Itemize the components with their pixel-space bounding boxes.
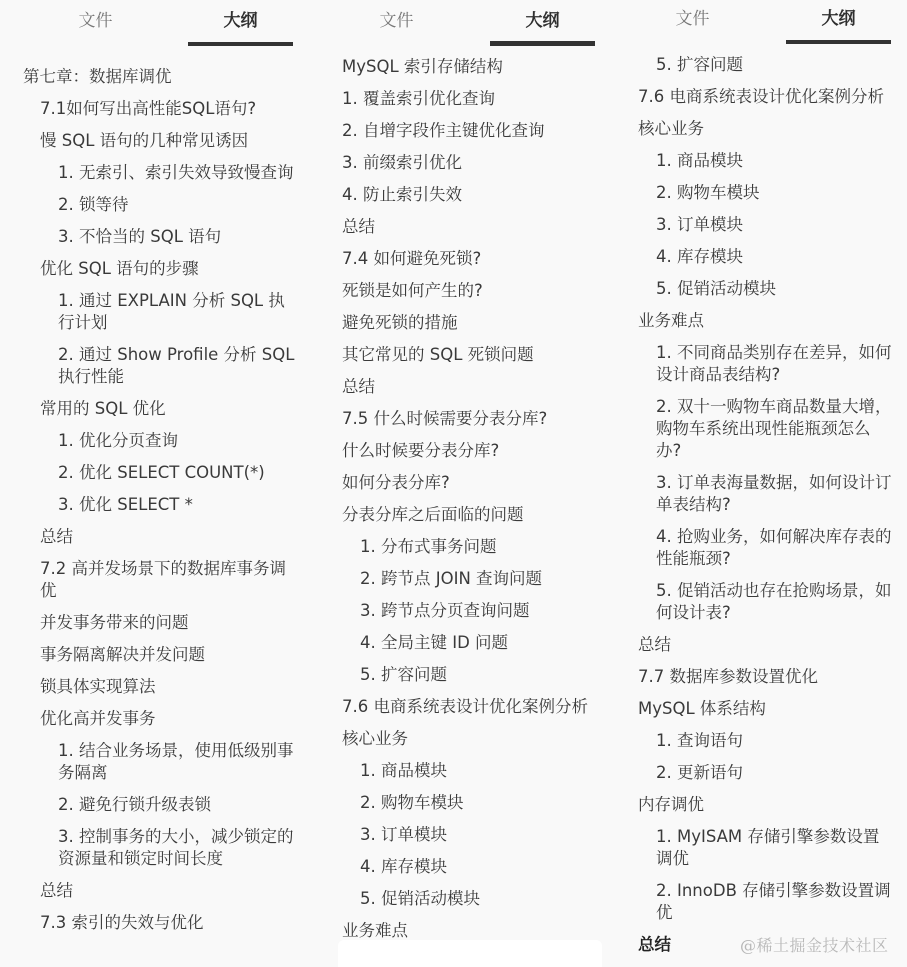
outline-item[interactable]: 2. 锁等待	[0, 194, 318, 216]
outline-item[interactable]: 5. 促销活动模块	[318, 888, 614, 910]
outline-item[interactable]: 1. 覆盖索引优化查询	[318, 88, 614, 110]
outline-item[interactable]: 死锁是如何产生的?	[318, 280, 614, 302]
outline-item[interactable]: 1. 结合业务场景，使用低级别事务隔离	[0, 740, 318, 784]
outline-item[interactable]: 7.2 高并发场景下的数据库事务调优	[0, 558, 318, 602]
tab-outline[interactable]: 大纲	[490, 9, 595, 33]
outline-list: 第七章：数据库调优7.1如何写出高性能SQL语句?慢 SQL 语句的几种常见诱因…	[0, 66, 318, 944]
outline-item[interactable]: 7.6 电商系统表设计优化案例分析	[318, 696, 614, 718]
outline-item[interactable]: 2. 更新语句	[614, 762, 907, 784]
outline-item[interactable]: 1. 商品模块	[614, 150, 907, 172]
outline-item[interactable]: 2. 购物车模块	[614, 182, 907, 204]
outline-item[interactable]: 7.3 索引的失效与优化	[0, 912, 318, 934]
outline-item[interactable]: 1. 无索引、索引失效导致慢查询	[0, 162, 318, 184]
outline-item[interactable]: 2. InnoDB 存储引擎参数设置调优	[614, 880, 907, 924]
tab-file[interactable]: 文件	[640, 7, 745, 31]
outline-item[interactable]: 总结	[0, 880, 318, 902]
outline-item[interactable]: 7.5 什么时候需要分表分库?	[318, 408, 614, 430]
outline-item[interactable]: 什么时候要分表分库?	[318, 440, 614, 462]
outline-item[interactable]: 2. 跨节点 JOIN 查询问题	[318, 568, 614, 590]
outline-panel-2: 文件 大纲 MySQL 索引存储结构1. 覆盖索引优化查询2. 自增字段作主键优…	[318, 0, 614, 967]
outline-item[interactable]: 总结	[318, 216, 614, 238]
outline-item[interactable]: 3. 订单模块	[614, 214, 907, 236]
outline-item[interactable]: 其它常见的 SQL 死锁问题	[318, 344, 614, 366]
outline-panel-3: 文件 大纲 5. 扩容问题7.6 电商系统表设计优化案例分析核心业务1. 商品模…	[614, 0, 907, 967]
active-tab-indicator	[490, 41, 595, 46]
outline-item[interactable]: 总结	[614, 634, 907, 656]
tab-file[interactable]: 文件	[43, 9, 148, 33]
outline-item[interactable]: 慢 SQL 语句的几种常见诱因	[0, 130, 318, 152]
outline-item[interactable]: 常用的 SQL 优化	[0, 398, 318, 420]
outline-item[interactable]: 3. 订单表海量数据，如何设计订单表结构?	[614, 472, 907, 516]
outline-item[interactable]: 4. 库存模块	[318, 856, 614, 878]
outline-item[interactable]: 如何分表分库?	[318, 472, 614, 494]
outline-item[interactable]: 锁具体实现算法	[0, 676, 318, 698]
outline-item[interactable]: 4. 全局主键 ID 问题	[318, 632, 614, 654]
outline-item[interactable]: 1. 优化分页查询	[0, 430, 318, 452]
outline-item[interactable]: 2. 购物车模块	[318, 792, 614, 814]
outline-item[interactable]: 总结	[318, 376, 614, 398]
outline-item[interactable]: 3. 优化 SELECT *	[0, 494, 318, 516]
outline-item[interactable]: 避免死锁的措施	[318, 312, 614, 334]
bottom-card	[338, 940, 602, 967]
outline-item[interactable]: 业务难点	[614, 310, 907, 332]
outline-item[interactable]: 1. 商品模块	[318, 760, 614, 782]
active-tab-indicator	[786, 40, 891, 44]
outline-item[interactable]: 总结	[0, 526, 318, 548]
outline-item[interactable]: 分表分库之后面临的问题	[318, 504, 614, 526]
outline-item[interactable]: 核心业务	[614, 118, 907, 140]
outline-item[interactable]: 优化高并发事务	[0, 708, 318, 730]
outline-item[interactable]: 3. 前缀索引优化	[318, 152, 614, 174]
outline-item[interactable]: 5. 扩容问题	[318, 664, 614, 686]
outline-item[interactable]: 2. 避免行锁升级表锁	[0, 794, 318, 816]
outline-item[interactable]: 1. 分布式事务问题	[318, 536, 614, 558]
outline-panel-1: 文件 大纲 第七章：数据库调优7.1如何写出高性能SQL语句?慢 SQL 语句的…	[0, 0, 318, 967]
outline-item[interactable]: 事务隔离解决并发问题	[0, 644, 318, 666]
outline-item[interactable]: 4. 抢购业务，如何解决库存表的性能瓶颈?	[614, 526, 907, 570]
outline-item[interactable]: 内存调优	[614, 794, 907, 816]
outline-item[interactable]: 3. 订单模块	[318, 824, 614, 846]
outline-item[interactable]: 7.7 数据库参数设置优化	[614, 666, 907, 688]
outline-item[interactable]: 3. 跨节点分页查询问题	[318, 600, 614, 622]
outline-item[interactable]: 5. 促销活动也存在抢购场景，如何设计表?	[614, 580, 907, 624]
outline-item[interactable]: 1. 不同商品类别存在差异，如何设计商品表结构?	[614, 342, 907, 386]
watermark: @稀土掘金技术社区	[740, 935, 889, 957]
tab-outline[interactable]: 大纲	[786, 7, 891, 31]
outline-item[interactable]: 3. 不恰当的 SQL 语句	[0, 226, 318, 248]
outline-item[interactable]: 2. 通过 Show Profile 分析 SQL 执行性能	[0, 344, 318, 388]
outline-item[interactable]: 并发事务带来的问题	[0, 612, 318, 634]
outline-item[interactable]: 3. 控制事务的大小，减少锁定的资源量和锁定时间长度	[0, 826, 318, 870]
outline-item[interactable]: 2. 双十一购物车商品数量大增，购物车系统出现性能瓶颈怎么办?	[614, 396, 907, 462]
tab-outline[interactable]: 大纲	[188, 9, 293, 33]
outline-item[interactable]: 7.1如何写出高性能SQL语句?	[0, 98, 318, 120]
outline-item[interactable]: 2. 自增字段作主键优化查询	[318, 120, 614, 142]
outline-item[interactable]: 优化 SQL 语句的步骤	[0, 258, 318, 280]
active-tab-indicator	[188, 42, 293, 46]
outline-item[interactable]: 4. 防止索引失效	[318, 184, 614, 206]
tab-file[interactable]: 文件	[344, 9, 449, 33]
outline-item[interactable]: 7.6 电商系统表设计优化案例分析	[614, 86, 907, 108]
outline-item[interactable]: 5. 扩容问题	[614, 54, 907, 76]
outline-item[interactable]: 1. 通过 EXPLAIN 分析 SQL 执行计划	[0, 290, 318, 334]
outline-item[interactable]: 5. 促销活动模块	[614, 278, 907, 300]
outline-item[interactable]: 核心业务	[318, 728, 614, 750]
outline-item[interactable]: 7.4 如何避免死锁?	[318, 248, 614, 270]
outline-list: MySQL 索引存储结构1. 覆盖索引优化查询2. 自增字段作主键优化查询3. …	[318, 56, 614, 952]
outline-item[interactable]: 第七章：数据库调优	[0, 66, 318, 88]
outline-item[interactable]: MySQL 索引存储结构	[318, 56, 614, 78]
outline-item[interactable]: 2. 优化 SELECT COUNT(*)	[0, 462, 318, 484]
outline-list: 5. 扩容问题7.6 电商系统表设计优化案例分析核心业务1. 商品模块2. 购物…	[614, 54, 907, 966]
outline-item[interactable]: MySQL 体系结构	[614, 698, 907, 720]
outline-item[interactable]: 1. 查询语句	[614, 730, 907, 752]
outline-item[interactable]: 1. MyISAM 存储引擎参数设置调优	[614, 826, 907, 870]
outline-item[interactable]: 业务难点	[318, 920, 614, 942]
outline-item[interactable]: 4. 库存模块	[614, 246, 907, 268]
